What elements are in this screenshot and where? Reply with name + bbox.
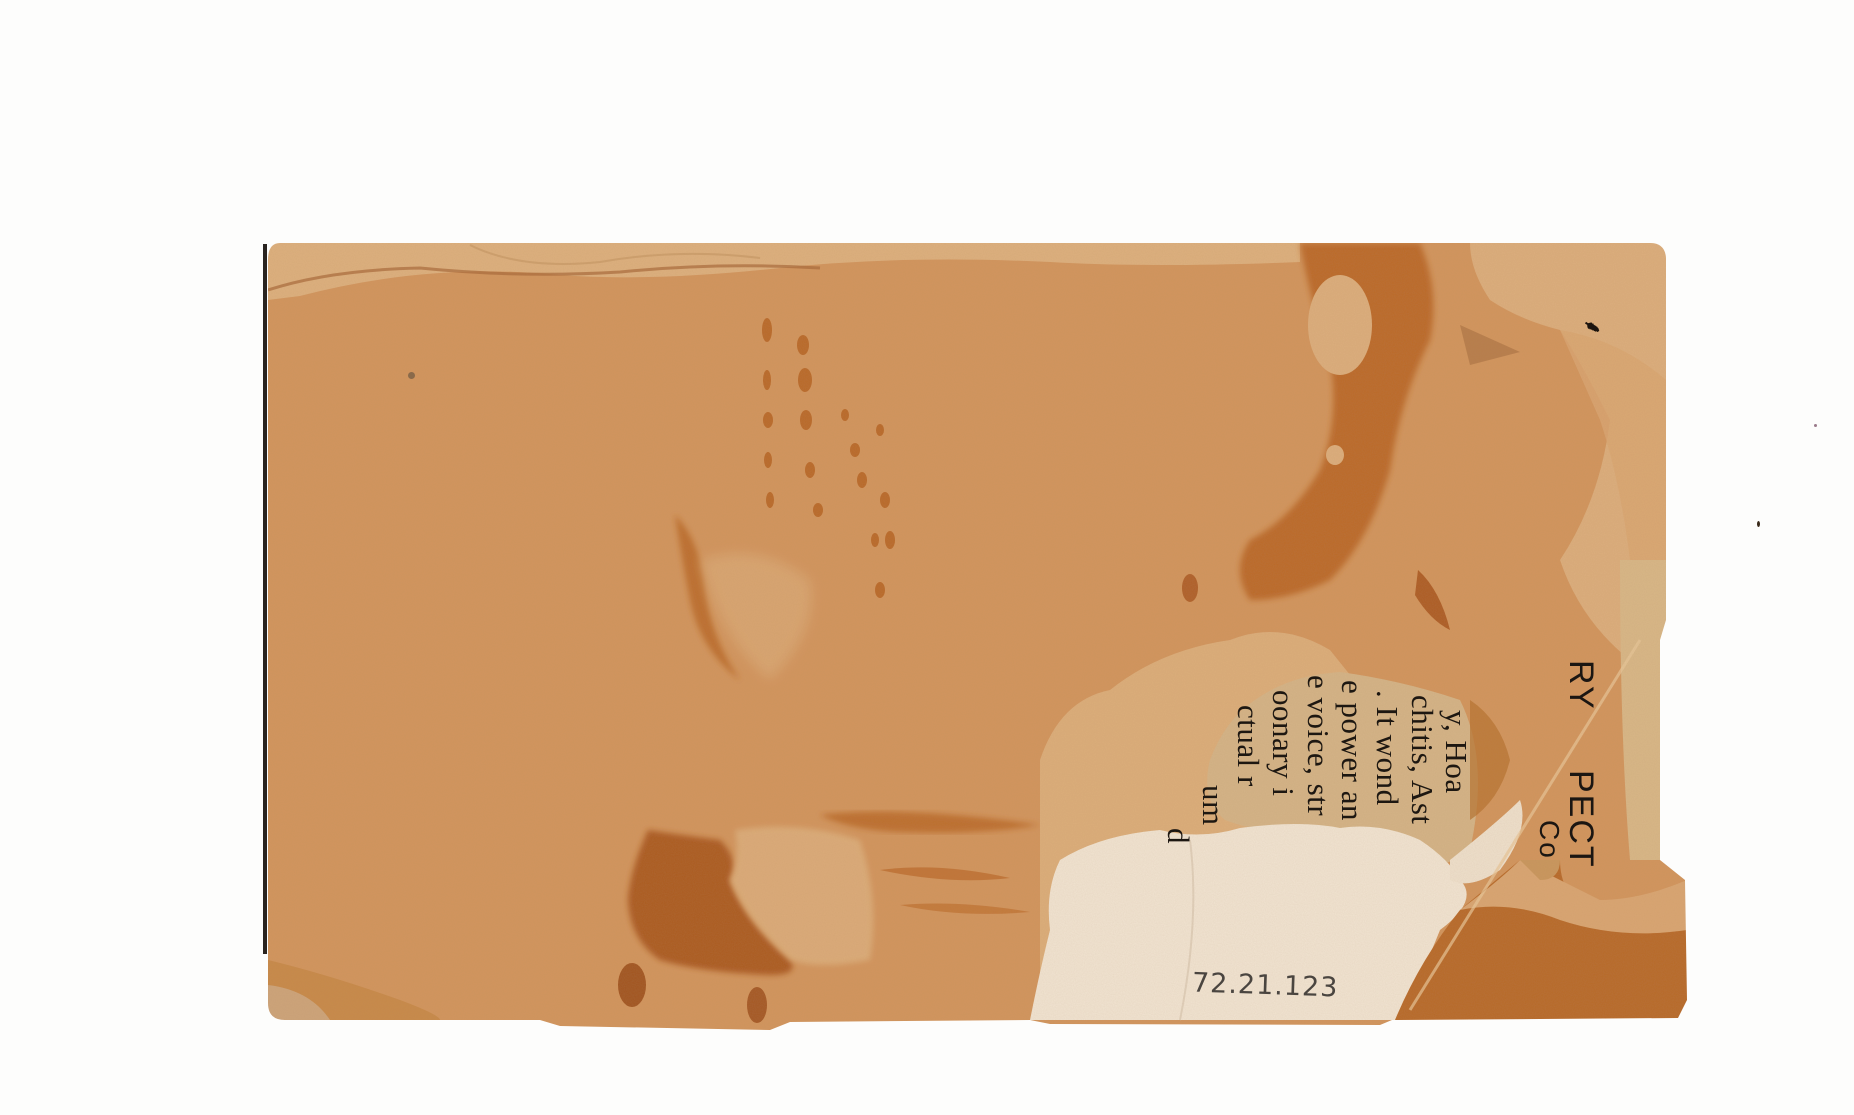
trade-card-back xyxy=(0,0,1854,1115)
corner-ornament-icon: ⸙ xyxy=(1578,319,1608,336)
print-line-7: ctual r xyxy=(1230,705,1266,787)
print-line-2: chitis, Ast xyxy=(1404,695,1440,825)
ink-speck xyxy=(408,372,415,379)
print-line-5: e voice, str xyxy=(1300,675,1336,816)
dust-speck xyxy=(1814,424,1817,427)
accession-number: 72.21.123 xyxy=(1192,967,1339,1003)
ink-speck xyxy=(1757,521,1760,527)
print-line-4: e power an xyxy=(1334,680,1370,821)
print-line-3: . It wond xyxy=(1369,690,1405,806)
print-line-8: um xyxy=(1195,785,1231,826)
scanned-card-scene: y, Hoa chitis, Ast . It wond e power an … xyxy=(0,0,1854,1115)
print-line-6: oonary i xyxy=(1265,690,1301,796)
heading-fragment: PECT xyxy=(1561,770,1600,869)
sub-fragment: Co xyxy=(1533,820,1565,860)
print-line-9: d xyxy=(1160,828,1196,844)
print-line-1: y, Hoa xyxy=(1438,710,1474,794)
heading-prefix-fragment: RY xyxy=(1561,660,1600,711)
